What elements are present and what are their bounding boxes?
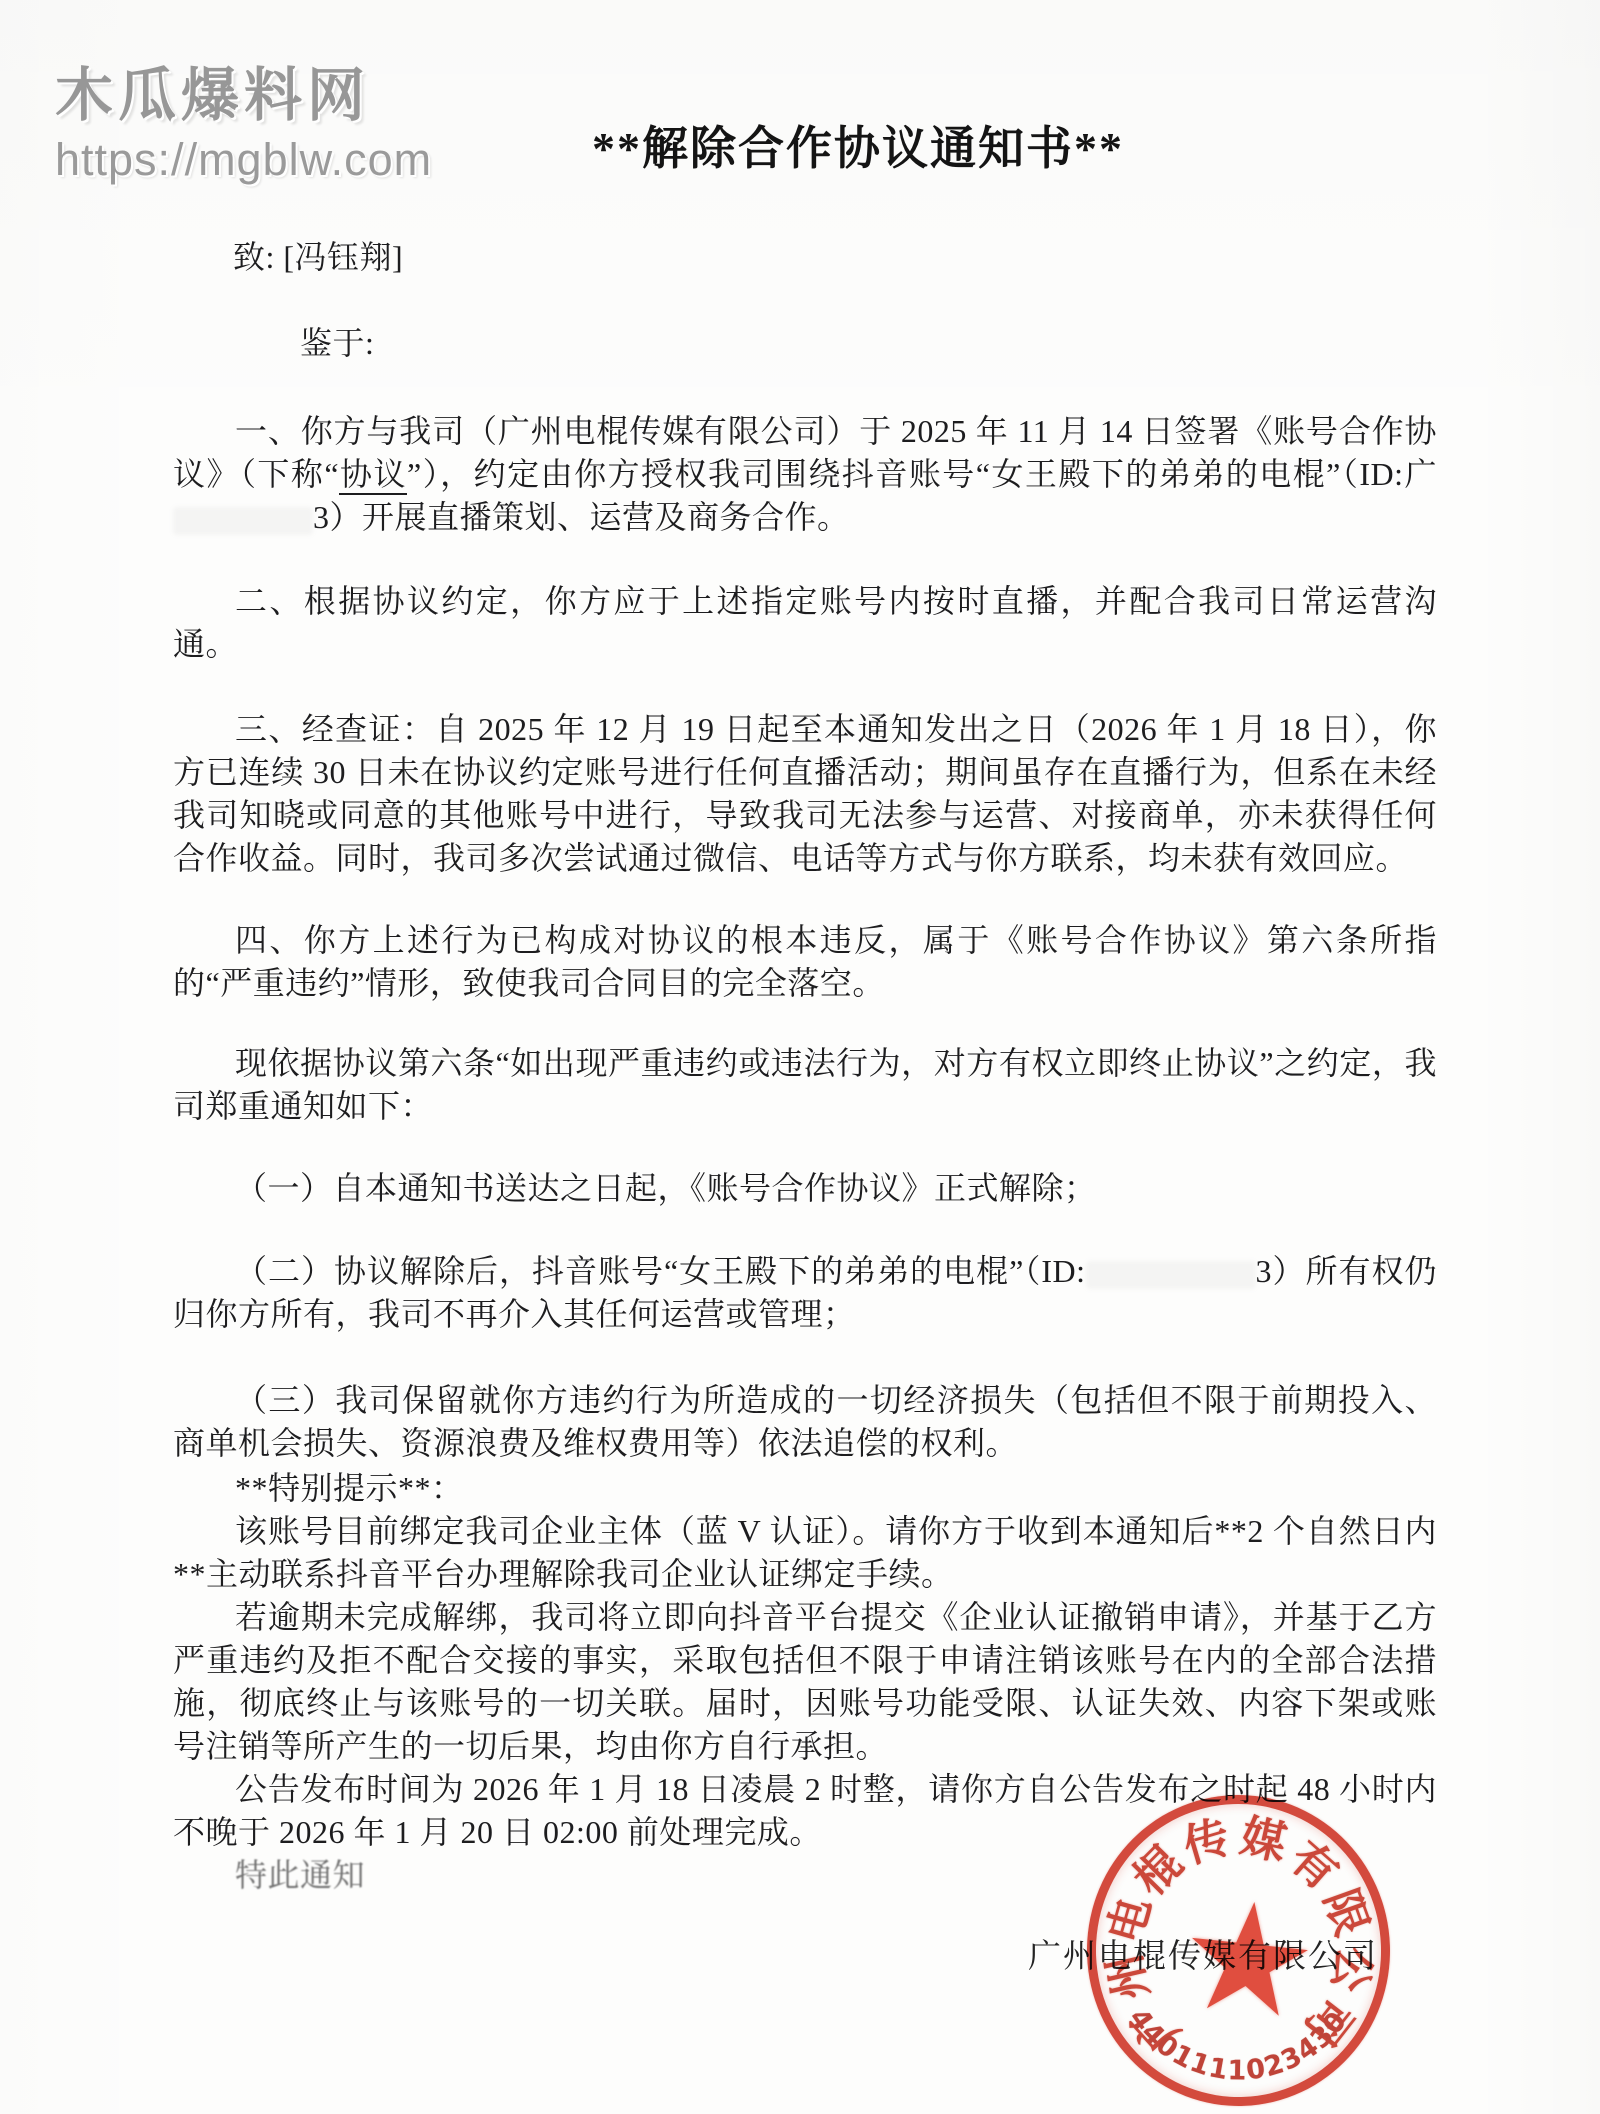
text-run: ”），约定由你方授权我司围绕抖音账号“女王殿下的弟弟的电棍”（ID:广	[407, 456, 1437, 492]
paragraph-item-1: （一）自本通知书送达之日起，《账号合作协议》正式解除；	[173, 1167, 1437, 1210]
seal-rim-char: 州	[1101, 1949, 1155, 2003]
paragraph-whereas-line: 鉴于:	[300, 322, 1437, 365]
text-run: 四、你方上述行为已构成对协议的根本违反，属于《账号合作协议》第六条所指的“严重违…	[173, 922, 1437, 1001]
text-run: **特别提示**：	[235, 1470, 464, 1506]
text-run: 鉴于:	[300, 325, 374, 361]
text-run: 致: [冯钰翔]	[233, 239, 403, 275]
paragraph-notice-basis: 现依据协议第六条“如出现严重违约或违法行为，对方有权立即终止协议”之约定，我司郑…	[173, 1042, 1437, 1128]
redacted-id-blur	[1086, 1261, 1256, 1289]
paragraph-item-3: （三）我司保留就你方违约行为所造成的一切经济损失（包括但不限于前期投入、商单机会…	[173, 1379, 1437, 1465]
text-run: （一）自本通知书送达之日起，《账号合作协议》正式解除；	[235, 1170, 1097, 1206]
paragraph-special-note-heading: **特别提示**：	[173, 1467, 1437, 1510]
paragraph-item-2: （二）协议解除后，抖音账号“女王殿下的弟弟的电棍”（ID:3）所有权仍归你方所有…	[173, 1250, 1437, 1336]
paragraph-clause-2: 二、根据协议约定，你方应于上述指定账号内按时直播，并配合我司日常运营沟通。	[173, 580, 1437, 666]
seal-serial-digit: 1	[1227, 2057, 1246, 2084]
seal-serial-digit: 1	[1206, 2054, 1229, 2084]
paragraph-special-note-1: 该账号目前绑定我司企业主体（蓝 V 认证）。请你方于收到本通知后**2 个自然日…	[173, 1510, 1437, 1596]
text-run: 协议	[339, 456, 407, 495]
paragraph-clause-1: 一、你方与我司（广州电棍传媒有限公司）于 2025 年 11 月 14 日签署《…	[173, 410, 1437, 539]
text-run: 三、经查证：自 2025 年 12 月 19 日起至本通知发出之日（2026 年…	[173, 711, 1437, 876]
paragraph-clause-4: 四、你方上述行为已构成对协议的根本违反，属于《账号合作协议》第六条所指的“严重违…	[173, 919, 1437, 1005]
paragraph-clause-3: 三、经查证：自 2025 年 12 月 19 日起至本通知发出之日（2026 年…	[173, 708, 1437, 880]
text-run: 特此通知	[235, 1857, 365, 1893]
seal-rim-char: 公	[1324, 1943, 1376, 1995]
scanned-notice-page: 木瓜爆料网 https://mgblw.com **解除合作协议通知书** 致:…	[0, 0, 1600, 2114]
redacted-id-blur	[173, 507, 313, 535]
text-run: 3）开展直播策划、运营及商务合作。	[313, 499, 850, 535]
seal-rim-char: 媒	[1236, 1813, 1290, 1867]
text-run: （三）我司保留就你方违约行为所造成的一切经济损失（包括但不限于前期投入、商单机会…	[173, 1382, 1437, 1461]
text-run: （二）协议解除后，抖音账号“女王殿下的弟弟的电棍”（ID:	[235, 1253, 1086, 1289]
text-run: 若逾期未完成解绑，我司将立即向抖音平台提交《企业认证撤销申请》，并基于乙方严重违…	[173, 1599, 1437, 1764]
document-title: **解除合作协议通知书**	[58, 112, 1600, 178]
paragraph-recipient-line: 致: [冯钰翔]	[233, 236, 1437, 279]
paragraph-special-note-2: 若逾期未完成解绑，我司将立即向抖音平台提交《企业认证撤销申请》，并基于乙方严重违…	[173, 1596, 1437, 1768]
text-run: 二、根据协议约定，你方应于上述指定账号内按时直播，并配合我司日常运营沟通。	[173, 583, 1437, 662]
text-run: 现依据协议第六条“如出现严重违约或违法行为，对方有权立即终止协议”之约定，我司郑…	[173, 1045, 1437, 1124]
company-seal: ★ 广州电棍传媒有限公司4401111023430	[1082, 1790, 1396, 2111]
text-run: 该账号目前绑定我司企业主体（蓝 V 认证）。请你方于收到本通知后**2 个自然日…	[173, 1513, 1437, 1592]
notice-body: 致: [冯钰翔]鉴于:一、你方与我司（广州电棍传媒有限公司）于 2025 年 1…	[173, 236, 1437, 1897]
